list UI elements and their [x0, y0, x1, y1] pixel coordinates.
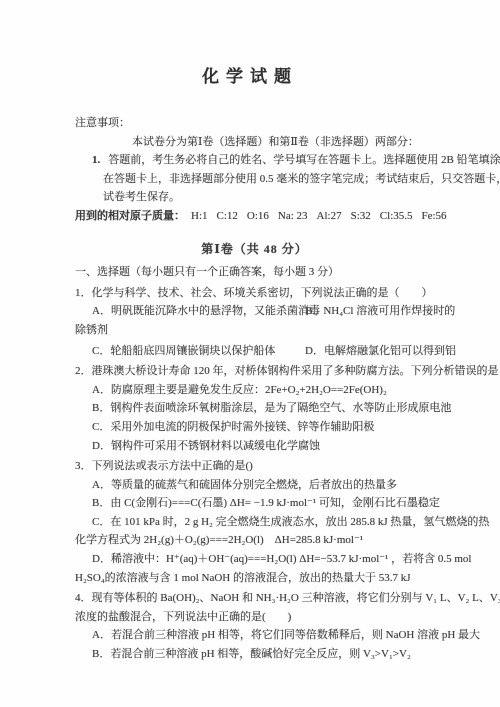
atomic-mass-label: 用到的相对原子质量：: [75, 210, 185, 222]
notice-item-1-line-2: 在答题卡上，非选择题部分使用 0.5 毫米的签字笔完成；考试结束后，只交答题卡，: [103, 170, 464, 189]
atomic-mass-s: S:32: [351, 210, 371, 222]
atomic-mass-c: C:12: [217, 210, 238, 222]
question-1-option-a: A．明矾既能沉降水中的悬浮物，又能杀菌消毒: [92, 302, 305, 321]
atomic-mass-line: 用到的相对原子质量：H:1C:12O:16Na: 23Al:27S:32Cl:3…: [75, 207, 464, 226]
question-2-option-c: C．采用外加电流的阴极保护时需外接镁、锌等作辅助阳极: [92, 418, 464, 437]
question-4-option-a: A．若混合前三种溶液 pH 相等，将它们同等倍数稀释后，则 NaOH 溶液 pH…: [92, 626, 464, 645]
question-1-option-b: B．NH₄Cl 溶液可用作焊接时的: [305, 302, 455, 321]
section-1-heading: 第Ⅰ卷（共 48 分）: [75, 240, 434, 259]
atomic-mass-fe: Fe:56: [422, 210, 447, 222]
atomic-mass-h: H:1: [191, 210, 208, 222]
notice-item-1-line-3: 试卷考生保存。: [103, 188, 464, 207]
document-body: 注意事项： 本试卷分为第Ⅰ卷（选择题）和第Ⅱ卷（非选择题）两部分： 1.答题前，…: [0, 87, 500, 664]
question-4-stem-line-1: 4．现有等体积的 Ba(OH)₂、NaOH 和 NH₃·H₂O 三种溶液，将它们…: [75, 589, 464, 608]
question-4-option-b: B．若混合前三种溶液 pH 相等，酸碱恰好完全反应，则 V₃>V₁>V₂: [92, 645, 464, 664]
question-1-options-cd: C．轮船船底四周镶嵌铜块以保护船体 D．电解熔融氯化铝可以得到铝: [92, 342, 464, 361]
question-4-stem-line-2: 浓度的盐酸混合，下列说法中正确的是( ): [75, 608, 464, 627]
question-3-option-d-line-1: D．稀溶液中：H⁺(aq)＋OH⁻(aq)===H₂O(l) ΔH=−53.7 …: [92, 550, 464, 569]
question-2-option-a: A．防腐原理主要是避免发生反应：2Fe+O₂+2H₂O==2Fe(OH)₂: [92, 381, 464, 400]
notice-heading: 注意事项：: [75, 114, 464, 133]
section-1-subheading: 一、选择题（每小题只有一个正确答案，每小题 3 分）: [75, 263, 464, 282]
notice-item-1-number: 1.: [92, 154, 100, 166]
question-3-option-d-line-2: H₂SO₄的浓溶液与含 1 mol NaOH 的溶液混合，放出的热量大于 53.…: [75, 569, 464, 588]
atomic-mass-cl: Cl:35.5: [380, 210, 413, 222]
question-3-option-b: B．由 C(金刚石)===C(石墨) ΔH= −1.9 kJ·mol⁻¹ 可知，…: [92, 494, 464, 513]
question-1-option-b-continuation: 除锈剂: [75, 321, 464, 340]
atomic-mass-o: O:16: [247, 210, 269, 222]
atomic-mass-na: Na: 23: [278, 210, 308, 222]
question-3-option-a: A．等质量的硫蒸气和硫固体分别完全燃烧，后者放出的热量多: [92, 476, 464, 495]
question-1-option-c: C．轮船船底四周镶嵌铜块以保护船体: [92, 342, 305, 361]
question-3-stem: 3．下列说法或表示方法中正确的是(): [75, 457, 464, 476]
atomic-mass-al: Al:27: [317, 210, 342, 222]
notice-item-1-text: 答题前，考生务必将自己的姓名、学号填写在答题卡上。选择题使用 2B 铅笔填涂: [108, 154, 500, 166]
notice-intro: 本试卷分为第Ⅰ卷（选择题）和第Ⅱ卷（非选择题）两部分：: [132, 133, 464, 152]
notice-item-1-line-1: 1.答题前，考生务必将自己的姓名、学号填写在答题卡上。选择题使用 2B 铅笔填涂: [92, 151, 464, 170]
exam-paper-page: 化学试题 注意事项： 本试卷分为第Ⅰ卷（选择题）和第Ⅱ卷（非选择题）两部分： 1…: [0, 0, 500, 707]
question-2-option-d: D．钢构件可采用不锈钢材料以减缓电化学腐蚀: [92, 437, 464, 456]
question-3-option-c-line-2: 化学方程式为 2H₂(g)＋O₂(g)===2H₂O(l) ΔH=285.8 k…: [75, 531, 464, 550]
question-1-stem: 1．化学与科学、技术、社会、环境关系密切，下列说法正确的是（ ）: [75, 284, 464, 303]
question-2-stem: 2．港珠澳大桥设计寿命 120 年，对桥体钢构件采用了多种防腐方法。下列分析错误…: [75, 362, 464, 381]
document-title: 化学试题: [0, 0, 500, 87]
question-1-options-ab: A．明矾既能沉降水中的悬浮物，又能杀菌消毒 B．NH₄Cl 溶液可用作焊接时的: [92, 302, 464, 321]
question-1-option-d: D．电解熔融氯化铝可以得到铝: [305, 342, 456, 361]
question-2-option-b: B．钢构件表面喷涂环氧树脂涂层，是为了隔绝空气、水等防止形成原电池: [92, 399, 464, 418]
question-3-option-c-line-1: C．在 101 kPa 时，2 g H₂ 完全燃烧生成液态水，放出 285.8 …: [92, 513, 464, 532]
